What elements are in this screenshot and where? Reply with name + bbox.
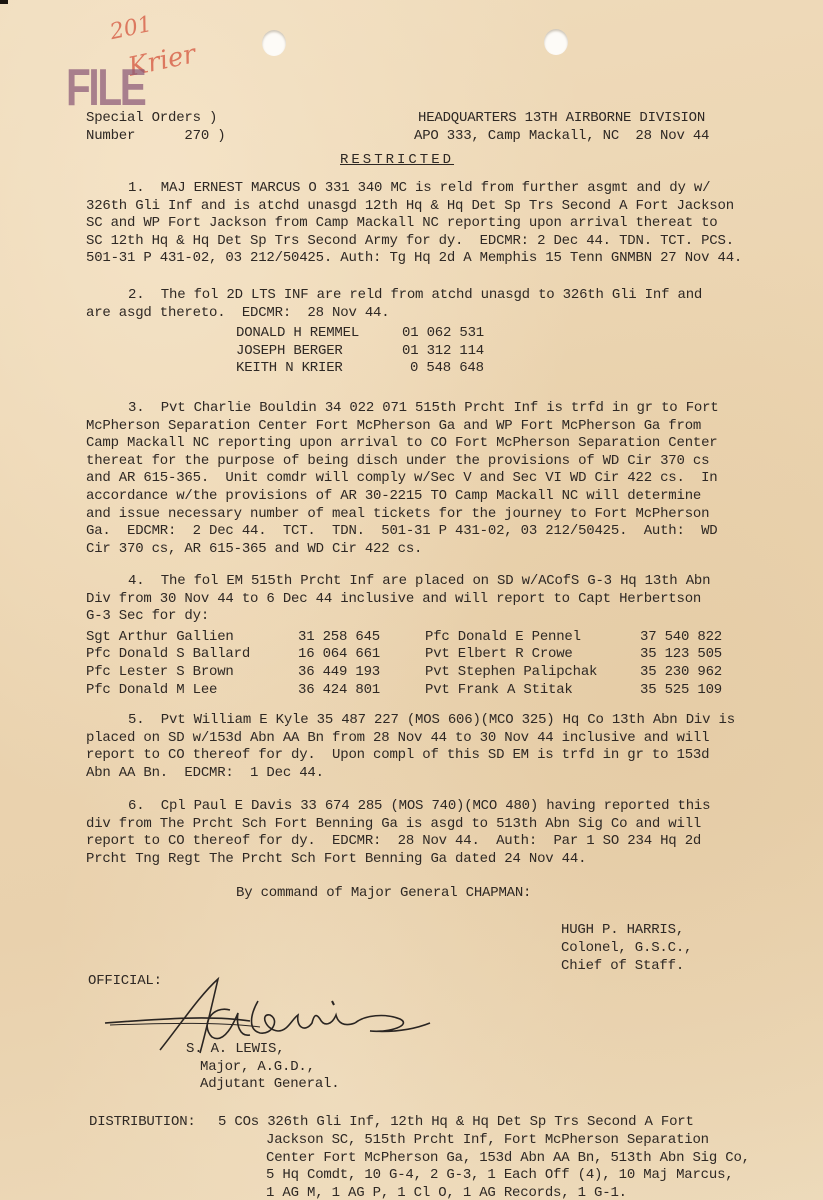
distribution-line: 5 Hq Comdt, 10 G-4, 2 G-3, 1 Each Off (4… bbox=[266, 1167, 733, 1185]
paragraph-3-line: and issue necessary number of meal ticke… bbox=[86, 506, 709, 524]
adjutant-name: S. A. LEWIS, bbox=[186, 1041, 284, 1059]
paragraph-1-line: 326th Gli Inf and is atchd unasgd 12th H… bbox=[86, 198, 734, 216]
paragraph-3-line: 3. Pvt Charlie Bouldin 34 022 071 515th … bbox=[128, 400, 719, 418]
chief-title: Chief of Staff. bbox=[561, 958, 684, 976]
enlisted-serial: 31 258 645 bbox=[298, 629, 380, 647]
enlisted-name: Pvt Frank A Stitak bbox=[425, 682, 573, 700]
command-line: By command of Major General CHAPMAN: bbox=[236, 885, 531, 903]
paragraph-3-line: thereat for the purpose of being disch u… bbox=[86, 453, 709, 471]
chief-name: HUGH P. HARRIS, bbox=[561, 922, 684, 940]
paragraph-1-line: 501-31 P 431-02, 03 212/50425. Auth: Tg … bbox=[86, 250, 742, 268]
officer-name: JOSEPH BERGER bbox=[236, 343, 343, 361]
paragraph-1-line: SC and WP Fort Jackson from Camp Mackall… bbox=[86, 215, 718, 233]
enlisted-serial: 36 449 193 bbox=[298, 664, 380, 682]
punch-hole-right bbox=[544, 29, 568, 55]
classification-heading: RESTRICTED bbox=[340, 152, 454, 170]
chief-rank: Colonel, G.S.C., bbox=[561, 940, 692, 958]
paragraph-6-line: div from The Prcht Sch Fort Benning Ga i… bbox=[86, 816, 701, 834]
distribution-label: DISTRIBUTION: bbox=[89, 1114, 196, 1132]
paragraph-6-line: 6. Cpl Paul E Davis 33 674 285 (MOS 740)… bbox=[128, 798, 710, 816]
enlisted-name: Sgt Arthur Gallien bbox=[86, 629, 234, 647]
officer-serial: 0 548 648 bbox=[410, 360, 484, 378]
file-stamp: FILE bbox=[66, 62, 145, 114]
paragraph-6-line: Prcht Tng Regt The Prcht Sch Fort Bennin… bbox=[86, 851, 586, 869]
distribution-line: 5 COs 326th Gli Inf, 12th Hq & Hq Det Sp… bbox=[218, 1114, 694, 1132]
paragraph-3-line: accordance w/the provisions of AR 30-221… bbox=[86, 488, 701, 506]
paragraph-4-line: 4. The fol EM 515th Prcht Inf are placed… bbox=[128, 573, 710, 591]
enlisted-name: Pfc Donald S Ballard bbox=[86, 646, 250, 664]
enlisted-serial: 35 230 962 bbox=[640, 664, 722, 682]
enlisted-serial: 35 123 505 bbox=[640, 646, 722, 664]
paragraph-4-line: Div from 30 Nov 44 to 6 Dec 44 inclusive… bbox=[86, 591, 701, 609]
scan-edge bbox=[0, 0, 8, 4]
enlisted-name: Pfc Lester S Brown bbox=[86, 664, 234, 682]
pencil-file-number: 201 bbox=[108, 12, 154, 45]
officer-serial: 01 312 114 bbox=[402, 343, 484, 361]
paragraph-2-line: 2. The fol 2D LTS INF are reld from atch… bbox=[128, 287, 702, 305]
paragraph-3-line: and AR 615-365. Unit comdr will comply w… bbox=[86, 470, 718, 488]
enlisted-name: Pvt Elbert R Crowe bbox=[425, 646, 573, 664]
punch-hole-left bbox=[262, 30, 286, 56]
enlisted-name: Pfc Donald E Pennel bbox=[425, 629, 581, 647]
document-page: 201 Krier FILE Special Orders ) Number 2… bbox=[0, 0, 823, 1200]
distribution-line: Center Fort McPherson Ga, 153d Abn AA Bn… bbox=[266, 1150, 750, 1168]
hq-address-date: APO 333, Camp Mackall, NC 28 Nov 44 bbox=[414, 128, 709, 146]
paragraph-6-line: report to CO thereof for dy. EDCMR: 28 N… bbox=[86, 833, 701, 851]
paragraph-4-line: G-3 Sec for dy: bbox=[86, 608, 209, 626]
paragraph-1-line: 1. MAJ ERNEST MARCUS O 331 340 MC is rel… bbox=[128, 180, 710, 198]
enlisted-serial: 16 064 661 bbox=[298, 646, 380, 664]
paragraph-3-line: McPherson Separation Center Fort McPhers… bbox=[86, 418, 701, 436]
paragraph-3-line: Cir 370 cs, AR 615-365 and WD Cir 422 cs… bbox=[86, 541, 422, 559]
enlisted-serial: 36 424 801 bbox=[298, 682, 380, 700]
orders-label-line1: Special Orders ) bbox=[86, 110, 217, 128]
officer-name: KEITH N KRIER bbox=[236, 360, 343, 378]
paragraph-3-line: Ga. EDCMR: 2 Dec 44. TCT. TDN. 501-31 P … bbox=[86, 523, 718, 541]
paragraph-5-line: placed on SD w/153d Abn AA Bn from 28 No… bbox=[86, 730, 709, 748]
enlisted-name: Pfc Donald M Lee bbox=[86, 682, 217, 700]
officer-serial: 01 062 531 bbox=[402, 325, 484, 343]
officer-name: DONALD H REMMEL bbox=[236, 325, 359, 343]
enlisted-name: Pvt Stephen Palipchak bbox=[425, 664, 597, 682]
hq-title: HEADQUARTERS 13TH AIRBORNE DIVISION bbox=[418, 110, 705, 128]
orders-number: Number 270 ) bbox=[86, 128, 225, 146]
enlisted-serial: 35 525 109 bbox=[640, 682, 722, 700]
paragraph-3-line: Camp Mackall NC reporting upon arrival t… bbox=[86, 435, 718, 453]
distribution-line: Jackson SC, 515th Prcht Inf, Fort McPher… bbox=[266, 1132, 709, 1150]
paragraph-5-line: report to CO thereof for dy. Upon compl … bbox=[86, 747, 709, 765]
distribution-line: 1 AG M, 1 AG P, 1 Cl O, 1 AG Records, 1 … bbox=[266, 1185, 627, 1200]
adjutant-rank: Major, A.G.D., bbox=[200, 1059, 315, 1077]
enlisted-serial: 37 540 822 bbox=[640, 629, 722, 647]
adjutant-title: Adjutant General. bbox=[200, 1076, 339, 1094]
paragraph-2-line: are asgd thereto. EDCMR: 28 Nov 44. bbox=[86, 305, 389, 323]
paragraph-5-line: 5. Pvt William E Kyle 35 487 227 (MOS 60… bbox=[128, 712, 735, 730]
paragraph-5-line: Abn AA Bn. EDCMR: 1 Dec 44. bbox=[86, 765, 324, 783]
paragraph-1-line: SC 12th Hq & Hq Det Sp Trs Second Army f… bbox=[86, 233, 734, 251]
